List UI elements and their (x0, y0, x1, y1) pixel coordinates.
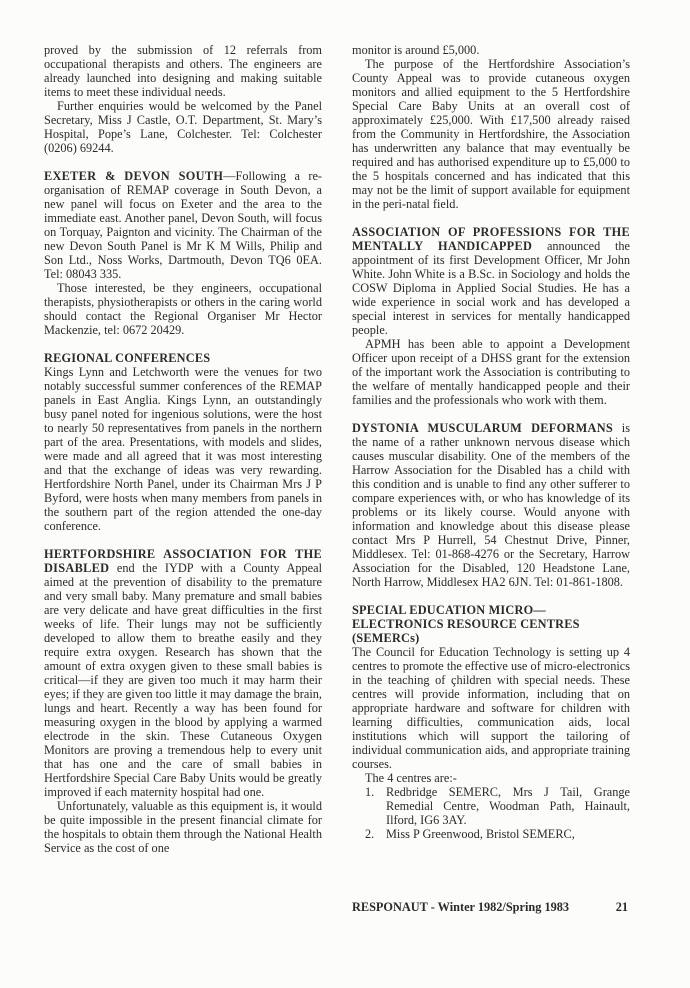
article-heading: DYSTONIA MUSCULARUM DEFORMANS (352, 421, 613, 435)
paragraph: monitor is around £5,000. (352, 43, 630, 57)
article-heading: REGIONAL CONFERENCES (44, 351, 322, 365)
page-number: 21 (616, 900, 628, 914)
heading-line: (SEMERCs) (352, 631, 630, 645)
paragraph: The Council for Education Technology is … (352, 645, 630, 771)
heading-line: ELECTRONICS RESOURCE CENTRES (352, 617, 630, 631)
list-text: Miss P Greenwood, Bristol SEMERC, (386, 827, 575, 841)
paragraph-text: end the IYDP with a County Appeal aimed … (44, 561, 322, 799)
list-number: 2. (365, 827, 374, 841)
magazine-page: proved by the submission of 12 referrals… (0, 0, 690, 988)
article-apmh: ASSOCIATION OF PROFESSIONS FOR THE MENTA… (352, 225, 630, 337)
article-heading: EXETER & DEVON SOUTH (44, 169, 223, 183)
paragraph: Further enquiries would be welcomed by t… (44, 99, 322, 155)
right-column: monitor is around £5,000. The purpose of… (352, 43, 630, 841)
list-item: 1.Redbridge SEMERC, Mrs J Tail, Grange R… (352, 785, 630, 827)
heading-line: SPECIAL EDUCATION MICRO— (352, 603, 630, 617)
article-dystonia: DYSTONIA MUSCULARUM DEFORMANS is the nam… (352, 421, 630, 589)
list-item: 2.Miss P Greenwood, Bristol SEMERC, (352, 827, 630, 841)
paragraph: proved by the submission of 12 referrals… (44, 43, 322, 99)
left-column: proved by the submission of 12 referrals… (44, 43, 322, 855)
paragraph: Those interested, be they engineers, occ… (44, 281, 322, 337)
article-exeter: EXETER & DEVON SOUTH—Following a re-orga… (44, 169, 322, 281)
paragraph: Unfortunately, valuable as this equipmen… (44, 799, 322, 855)
paragraph: Kings Lynn and Letchworth were the venue… (44, 365, 322, 533)
publication-title: RESPONAUT - Winter 1982/Spring 1983 (352, 900, 569, 914)
article-heading: SPECIAL EDUCATION MICRO— ELECTRONICS RES… (352, 603, 630, 645)
paragraph-text: —Following a re-organisation of REMAP co… (44, 169, 322, 281)
paragraph-text: announced the appointment of its first D… (352, 239, 630, 337)
page-footer: RESPONAUT - Winter 1982/Spring 1983 21 (352, 900, 628, 914)
centres-list: 1.Redbridge SEMERC, Mrs J Tail, Grange R… (352, 785, 630, 841)
paragraph-text: is the name of a rather unknown nervous … (352, 421, 630, 589)
list-text: Redbridge SEMERC, Mrs J Tail, Grange Rem… (386, 785, 630, 827)
paragraph: The 4 centres are:- (352, 771, 630, 785)
article-hertfordshire: HERTFORDSHIRE ASSOCIATION FOR THE DISABL… (44, 547, 322, 799)
list-number: 1. (365, 785, 374, 799)
paragraph: The purpose of the Hertfordshire Associa… (352, 57, 630, 211)
paragraph: APMH has been able to appoint a Developm… (352, 337, 630, 407)
